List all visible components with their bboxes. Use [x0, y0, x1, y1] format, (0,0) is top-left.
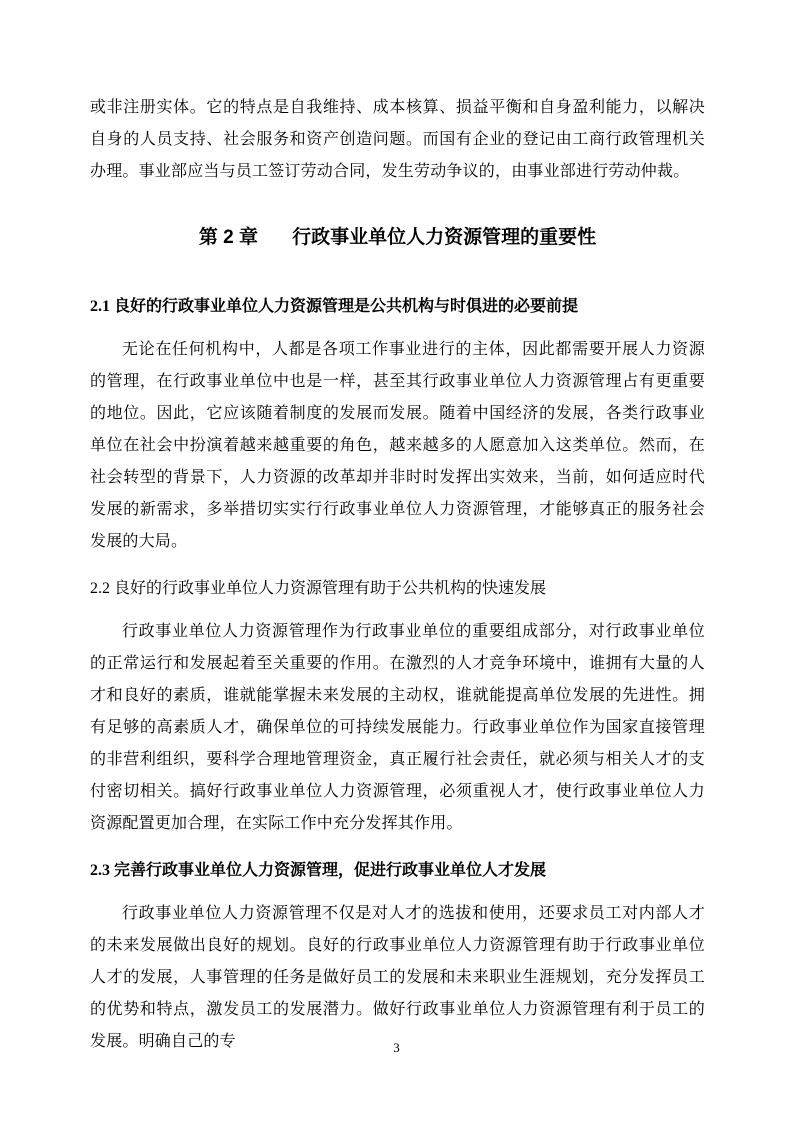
section-heading-2-2: 2.2 良好的行政事业单位人力资源管理有助于公共机构的快速发展 — [90, 576, 705, 602]
section-2-3: 2.3 完善行政事业单位人力资源管理，促进行政事业单位人才发展 行政事业单位人力… — [90, 858, 705, 1058]
section-body-2-3: 行政事业单位人力资源管理不仅是对人才的选拔和使用，还要求员工对内部人才的未来发展… — [90, 898, 705, 1058]
page-number: 3 — [0, 1040, 793, 1056]
text-block: 或非注册实体。它的特点是自我维持、成本核算、损益平衡和自身盈利能力，以解决自身的… — [90, 92, 705, 1058]
section-body-2-1: 无论在任何机构中，人都是各项工作事业进行的主体，因此都需要开展人力资源的管理，在… — [90, 334, 705, 558]
chapter-number: 第 2 章 — [199, 227, 258, 248]
section-heading-2-3: 2.3 完善行政事业单位人力资源管理，促进行政事业单位人才发展 — [90, 858, 705, 884]
chapter-heading: 第 2 章行政事业单位人力资源管理的重要性 — [90, 224, 705, 252]
chapter-title: 行政事业单位人力资源管理的重要性 — [292, 227, 596, 248]
document-page: 或非注册实体。它的特点是自我维持、成本核算、损益平衡和自身盈利能力，以解决自身的… — [0, 0, 793, 1122]
section-2-2: 2.2 良好的行政事业单位人力资源管理有助于公共机构的快速发展 行政事业单位人力… — [90, 576, 705, 840]
section-heading-2-1: 2.1 良好的行政事业单位人力资源管理是公共机构与时俱进的必要前提 — [90, 294, 705, 320]
section-body-2-2: 行政事业单位人力资源管理作为行政事业单位的重要组成部分，对行政事业单位的正常运行… — [90, 616, 705, 840]
section-2-1: 2.1 良好的行政事业单位人力资源管理是公共机构与时俱进的必要前提 无论在任何机… — [90, 294, 705, 558]
intro-paragraph: 或非注册实体。它的特点是自我维持、成本核算、损益平衡和自身盈利能力，以解决自身的… — [90, 92, 705, 188]
